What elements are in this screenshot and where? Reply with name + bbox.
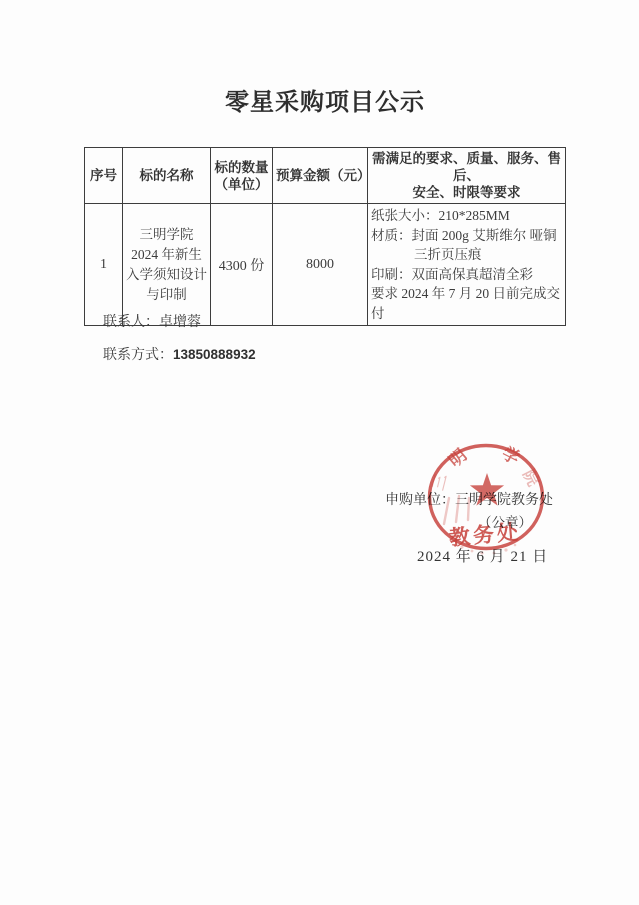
col-header-serial: 序号 <box>85 148 123 204</box>
cell-serial-number: 1 <box>85 204 123 326</box>
scanned-document-page: 零星采购项目公示 序号 标的名称 标的数量 （单位） 预算金额（元） 需满足的要… <box>0 0 639 905</box>
contact-person-label: 联系人： <box>103 315 159 330</box>
col-header-subject-name: 标的名称 <box>123 148 211 204</box>
requirement-line: 印刷：双面高保真超清全彩 <box>371 265 562 285</box>
cell-budget: 8000 <box>273 204 368 326</box>
seal-arc-char: 院 <box>519 466 543 489</box>
requirement-line: 三折页压痕 <box>371 245 562 265</box>
col-header-budget: 预算金额（元） <box>273 148 368 204</box>
contact-phone-label: 联系方式： <box>103 348 173 363</box>
contact-phone-value: 13850888932 <box>173 347 256 362</box>
procurement-table: 序号 标的名称 标的数量 （单位） 预算金额（元） 需满足的要求、质量、服务、售… <box>84 147 566 326</box>
requirement-line: 要求 2024 年 7 月 20 日前完成交付 <box>371 284 562 323</box>
col-header-quantity: 标的数量 （单位） <box>211 148 273 204</box>
contact-person-value: 卓增蓉 <box>159 315 201 330</box>
purchasing-unit-value: 三明学院教务处 <box>455 493 553 508</box>
official-seal-note: （公章） <box>478 511 532 531</box>
table-row: 1 三明学院 2024 年新生 入学须知设计 与印制 4300 份 8000 纸… <box>85 204 566 326</box>
seal-arc-char: 学 <box>499 443 523 469</box>
col-header-requirements: 需满足的要求、质量、服务、售后、 安全、时限等要求 <box>368 148 566 204</box>
cell-requirements: 纸张大小：210*285MM 材质：封面 200g 艾斯维尔 哑铜 三折页压痕 … <box>368 204 566 326</box>
purchasing-unit-line: 申购单位：三明学院教务处 <box>385 489 553 509</box>
table-header-row: 序号 标的名称 标的数量 （单位） 预算金额（元） 需满足的要求、质量、服务、售… <box>85 148 566 204</box>
contact-phone-line: 联系方式：13850888932 <box>103 344 256 364</box>
requirement-line: 纸张大小：210*285MM <box>371 206 562 226</box>
purchasing-unit-label: 申购单位： <box>385 493 455 508</box>
seal-arc-char: 明 <box>445 445 470 470</box>
document-date: 2024 年 6 月 21 日 <box>417 545 548 566</box>
page-title: 零星采购项目公示 <box>85 82 565 117</box>
cell-subject-name: 三明学院 2024 年新生 入学须知设计 与印制 <box>123 204 211 326</box>
cell-quantity: 4300 份 <box>211 204 273 326</box>
contact-person-line: 联系人：卓增蓉 <box>103 311 201 331</box>
requirement-line: 材质：封面 200g 艾斯维尔 哑铜 <box>371 226 562 246</box>
